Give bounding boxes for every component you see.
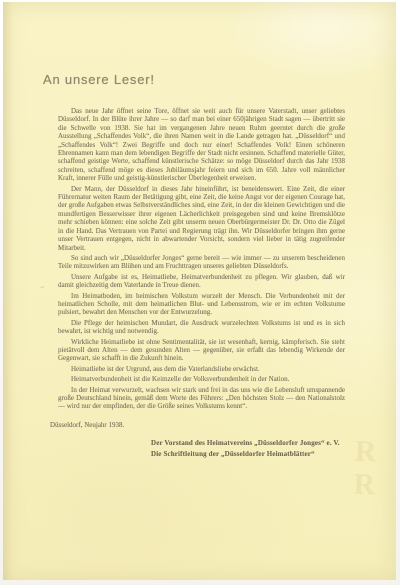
body-paragraph: Unsere Aufgabe ist es, Heimatliebe, Heim… (58, 273, 345, 290)
body-paragraph: So sind auch wir „Düsseldorfer Jonges“ g… (58, 254, 345, 271)
body-paragraph: Heimatliebe ist der Urgrund, aus dem die… (58, 365, 345, 373)
body-paragraph: Die Pflege der heimischen Mundart, die A… (58, 319, 345, 336)
ink-bleedthrough: R R (347, 434, 383, 501)
pencil-mark: ~ (40, 284, 46, 291)
body-paragraph: Der Mann, der Düsseldorf in dieses Jahr … (58, 185, 345, 252)
paper-sheet: An unsere Leser! Das neue Jahr öffnet se… (3, 2, 396, 580)
body-paragraph: Im Heimatboden, im heimischen Volkstum w… (58, 292, 345, 317)
signature-line: Der Vorstand des Heimatvereins „Düsseldo… (151, 438, 345, 450)
scanned-page: An unsere Leser! Das neue Jahr öffnet se… (0, 0, 400, 585)
body-paragraph: Heimatverbundenheit ist die Keimzelle de… (58, 375, 345, 383)
bleedthrough-letter: R (348, 434, 383, 468)
body-paragraph: Das neue Jahr öffnet seine Tore, öffnet … (58, 107, 345, 183)
signature-block: Der Vorstand des Heimatvereins „Düsseldo… (151, 438, 345, 461)
dateline: Düsseldorf, Neujahr 1938. (50, 421, 345, 429)
page-title: An unsere Leser! (43, 72, 345, 87)
article-body: Das neue Jahr öffnet seine Tore, öffnet … (58, 107, 345, 411)
body-paragraph: In der Heimat verwurzelt, wachsen wir st… (58, 386, 345, 411)
bleedthrough-letter: R (347, 467, 382, 501)
signature-line: Die Schriftleitung der „Düsseldorfer Hei… (151, 449, 345, 461)
body-paragraph: Wirkliche Heimatliebe ist ohne Sentiment… (58, 338, 345, 363)
page-content: An unsere Leser! Das neue Jahr öffnet se… (58, 2, 345, 461)
